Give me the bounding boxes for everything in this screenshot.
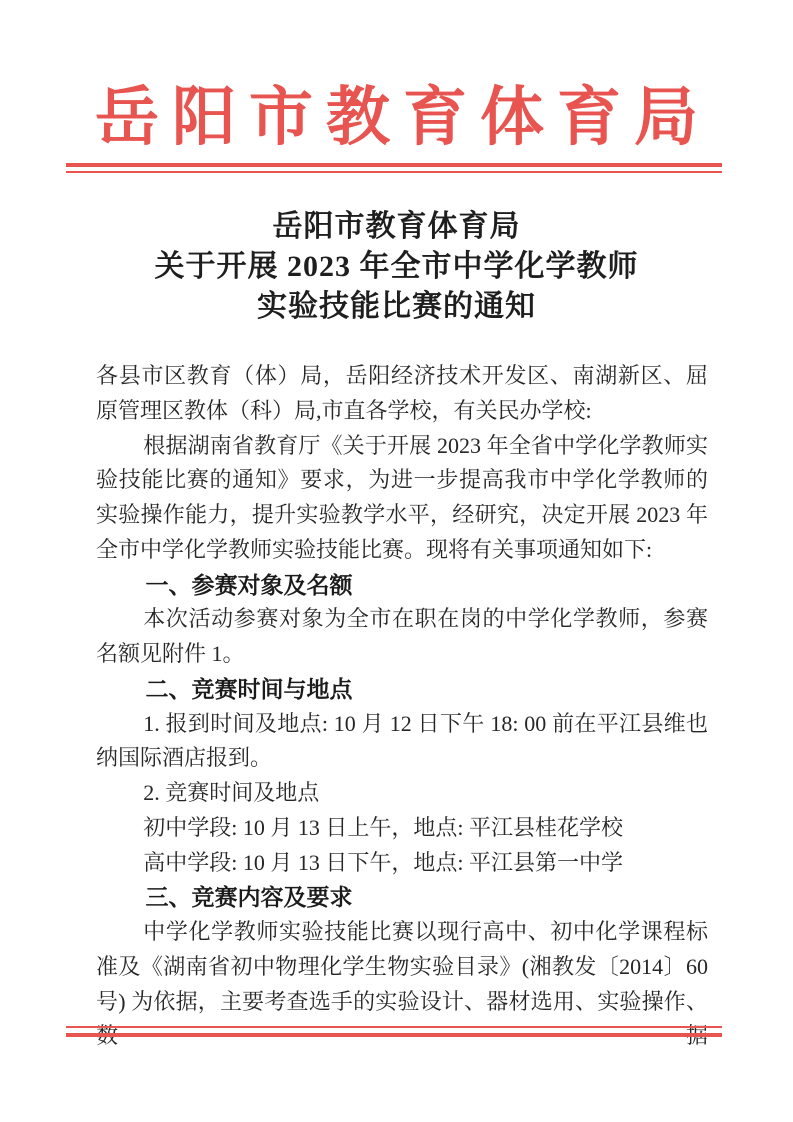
paragraph: 本次活动参赛对象为全市在职在岗的中学化学教师，参赛名额见附件 1。	[96, 602, 708, 672]
intro-paragraph: 根据湖南省教育厅《关于开展 2023 年全省中学化学教师实验技能比赛的通知》要求…	[96, 429, 708, 568]
section-heading-2: 二、竞赛时间与地点	[96, 672, 708, 707]
document-title: 岳阳市教育体育局 关于开展 2023 年全市中学化学教师 实验技能比赛的通知	[0, 207, 793, 327]
notice-page: 岳阳市教育体育局 岳阳市教育体育局 关于开展 2023 年全市中学化学教师 实验…	[0, 0, 793, 1122]
paragraph: 2. 竞赛时间及地点	[96, 776, 708, 811]
letterhead-agency-name: 岳阳市教育体育局	[0, 86, 793, 150]
section-heading-1: 一、参赛对象及名额	[96, 568, 708, 603]
paragraph: 1. 报到时间及地点: 10 月 12 日下午 18: 00 前在平江县维也纳国…	[96, 707, 708, 777]
section-heading-3: 三、竞赛内容及要求	[96, 880, 708, 915]
paragraph: 初中学段: 10 月 13 日上午，地点: 平江县桂花学校	[96, 811, 708, 846]
title-line-1: 岳阳市教育体育局	[0, 207, 793, 247]
recipients-line: 各县市区教育（体）局，岳阳经济技术开发区、南湖新区、屈原管理区教体（科）局,市直…	[96, 359, 708, 429]
letterhead-divider-line	[66, 163, 722, 173]
title-line-3: 实验技能比赛的通知	[0, 287, 793, 327]
title-line-2: 关于开展 2023 年全市中学化学教师	[0, 247, 793, 287]
paragraph: 高中学段: 10 月 13 日下午，地点: 平江县第一中学	[96, 846, 708, 881]
document-body: 各县市区教育（体）局，岳阳经济技术开发区、南湖新区、屈原管理区教体（科）局,市直…	[96, 359, 708, 1054]
footer-divider-line	[66, 1026, 722, 1037]
